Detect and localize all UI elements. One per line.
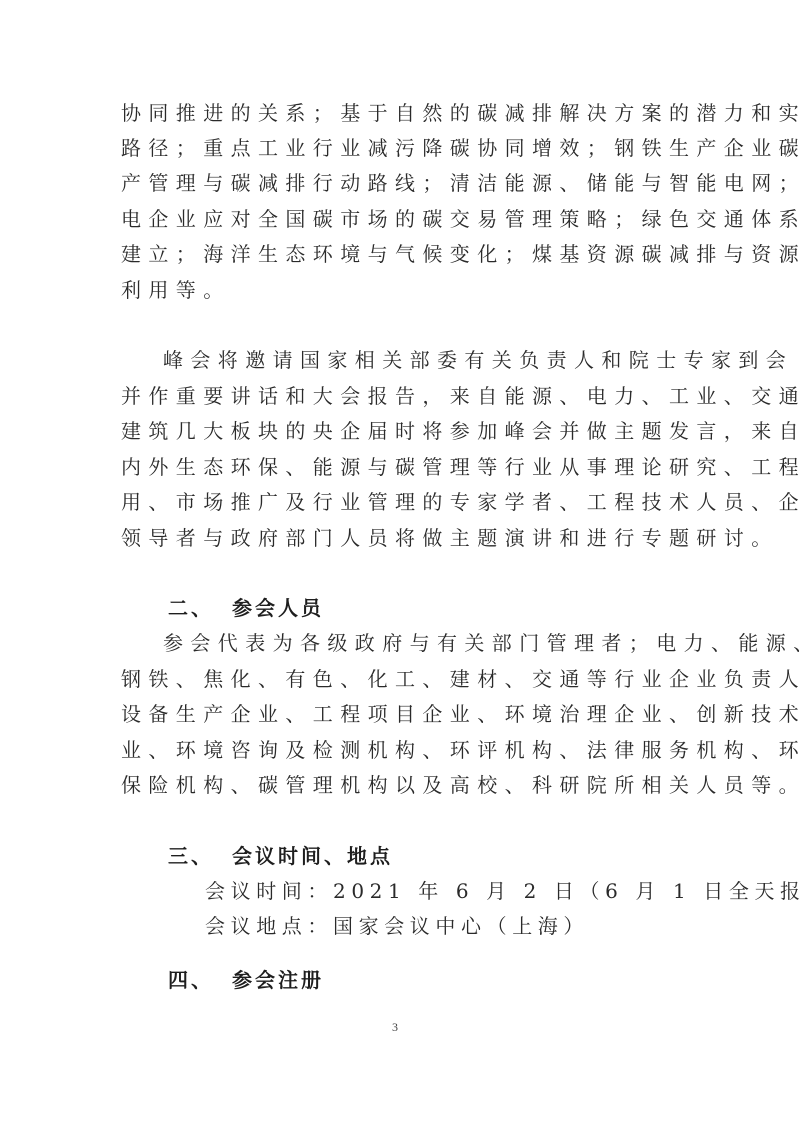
- section-title: 参会注册: [232, 965, 324, 995]
- page-number: 3: [392, 1020, 398, 1035]
- text-line: 用、市场推广及行业管理的专家学者、工程技术人员、企业: [121, 487, 681, 517]
- section-number: 四、: [168, 965, 214, 995]
- text-line: 钢铁、焦化、有色、化工、建材、交通等行业企业负责人；: [121, 664, 681, 694]
- text-line: 参会代表为各级政府与有关部门管理者；电力、能源、: [163, 628, 723, 658]
- section-title: 会议时间、地点: [232, 841, 393, 871]
- text-line: 建立；海洋生态环境与气候变化；煤基资源碳减排与资源化: [121, 239, 681, 269]
- section-number: 三、: [168, 841, 214, 871]
- text-line: 领导者与政府部门人员将做主题演讲和进行专题研讨。: [121, 523, 681, 553]
- section-heading-time-place: 三、 会议时间、地点: [121, 841, 681, 871]
- text-line: 保险机构、碳管理机构以及高校、科研院所相关人员等。: [121, 770, 681, 800]
- document-page: 协同推进的关系；基于自然的碳减排解决方案的潜力和实现 路径；重点工业行业减污降碳…: [0, 0, 800, 1130]
- section-heading-registration: 四、 参会注册: [121, 965, 681, 995]
- text-line: 设备生产企业、工程项目企业、环境治理企业、创新技术企: [121, 699, 681, 729]
- text-line: 电企业应对全国碳市场的碳交易管理策略；绿色交通体系的: [121, 204, 681, 234]
- text-line: 产管理与碳减排行动路线；清洁能源、储能与智能电网；发: [121, 168, 681, 198]
- text-line: 业、环境咨询及检测机构、环评机构、法律服务机构、环境: [121, 735, 681, 765]
- text-line: 内外生态环保、能源与碳管理等行业从事理论研究、工程应: [121, 452, 681, 482]
- text-line: 并作重要讲话和大会报告，来自能源、电力、工业、交通和: [121, 381, 681, 411]
- section-title: 参会人员: [232, 593, 324, 623]
- meeting-time: 会议时间：2021 年 6 月 2 日（6 月 1 日全天报到）: [205, 876, 765, 906]
- text-line: 协同推进的关系；基于自然的碳减排解决方案的潜力和实现: [121, 98, 681, 128]
- section-heading-attendees: 二、 参会人员: [121, 593, 681, 623]
- meeting-place: 会议地点：国家会议中心（上海）: [205, 911, 765, 941]
- text-line: 路径；重点工业行业减污降碳协同增效；钢铁生产企业碳资: [121, 133, 681, 163]
- text-line: 峰会将邀请国家相关部委有关负责人和院士专家到会: [163, 345, 723, 375]
- section-number: 二、: [168, 593, 214, 623]
- text-line: 建筑几大板块的央企届时将参加峰会并做主题发言，来自国: [121, 416, 681, 446]
- text-line: 利用等。: [121, 275, 681, 305]
